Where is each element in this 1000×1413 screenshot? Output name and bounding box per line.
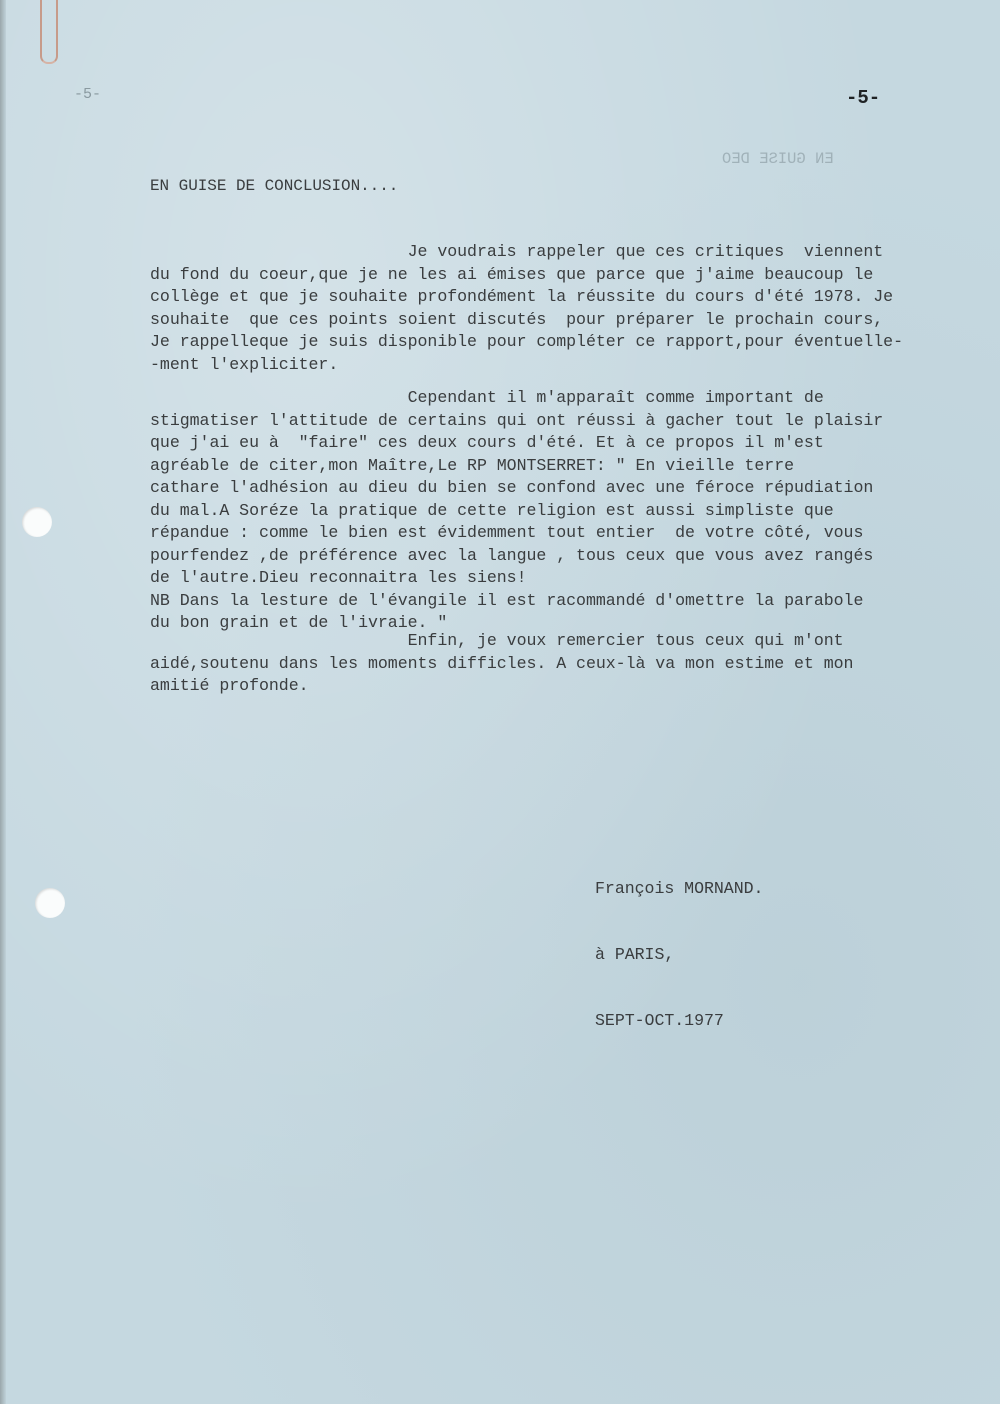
page-number: -5-	[846, 87, 880, 109]
text-line: NB Dans la lesture de l'évangile il est …	[150, 590, 883, 613]
signature-block: François MORNAND. à PARIS, SEPT-OCT.1977	[595, 834, 763, 1054]
text-line: de l'autre.Dieu reconnaitra les siens!	[150, 567, 883, 590]
text-line: stigmatiser l'attitude de certains qui o…	[150, 410, 883, 433]
page-bottom-margin	[0, 1404, 1000, 1413]
text-line: répandue : comme le bien est évidemment …	[150, 522, 883, 545]
text-line: Je rappelleque je suis disponible pour c…	[150, 331, 903, 354]
typed-page	[6, 0, 1000, 1404]
punch-hole	[22, 507, 52, 537]
punch-hole	[35, 888, 65, 918]
paragraph-2: Cependant il m'apparaît comme important …	[150, 387, 883, 635]
text-line: que j'ai eu à "faire" ces deux cours d'é…	[150, 432, 883, 455]
signature-place: à PARIS,	[595, 944, 763, 966]
text-line: souhaite que ces points soient discutés …	[150, 309, 903, 332]
text-line: du mal.A Soréze la pratique de cette rel…	[150, 500, 883, 523]
text-line: -ment l'expliciter.	[150, 354, 903, 377]
section-heading: EN GUISE DE CONCLUSION....	[150, 175, 398, 198]
paragraph-1: Je voudrais rappeler que ces critiques v…	[150, 241, 903, 376]
staple-mark	[40, 0, 58, 64]
mirrored-imprint: EN GUISE DEO	[722, 150, 834, 168]
signature-date: SEPT-OCT.1977	[595, 1010, 763, 1032]
text-line: du fond du coeur,que je ne les ai émises…	[150, 264, 903, 287]
text-line: Je voudrais rappeler que ces critiques v…	[150, 241, 903, 264]
signature-name: François MORNAND.	[595, 878, 763, 900]
text-line: Cependant il m'apparaît comme important …	[150, 387, 883, 410]
text-line: cathare l'adhésion au dieu du bien se co…	[150, 477, 883, 500]
faded-page-number: -5-	[74, 86, 101, 103]
page-edge-shadow	[0, 0, 6, 1404]
text-line: Enfin, je voux remercier tous ceux qui m…	[150, 630, 853, 653]
text-line: agréable de citer,mon Maître,Le RP MONTS…	[150, 455, 883, 478]
paragraph-3: Enfin, je voux remercier tous ceux qui m…	[150, 630, 853, 698]
text-line: amitié profonde.	[150, 675, 853, 698]
text-line: pourfendez ,de préférence avec la langue…	[150, 545, 883, 568]
text-line: aidé,soutenu dans les moments difficles.…	[150, 653, 853, 676]
text-line: collège et que je souhaite profondément …	[150, 286, 903, 309]
